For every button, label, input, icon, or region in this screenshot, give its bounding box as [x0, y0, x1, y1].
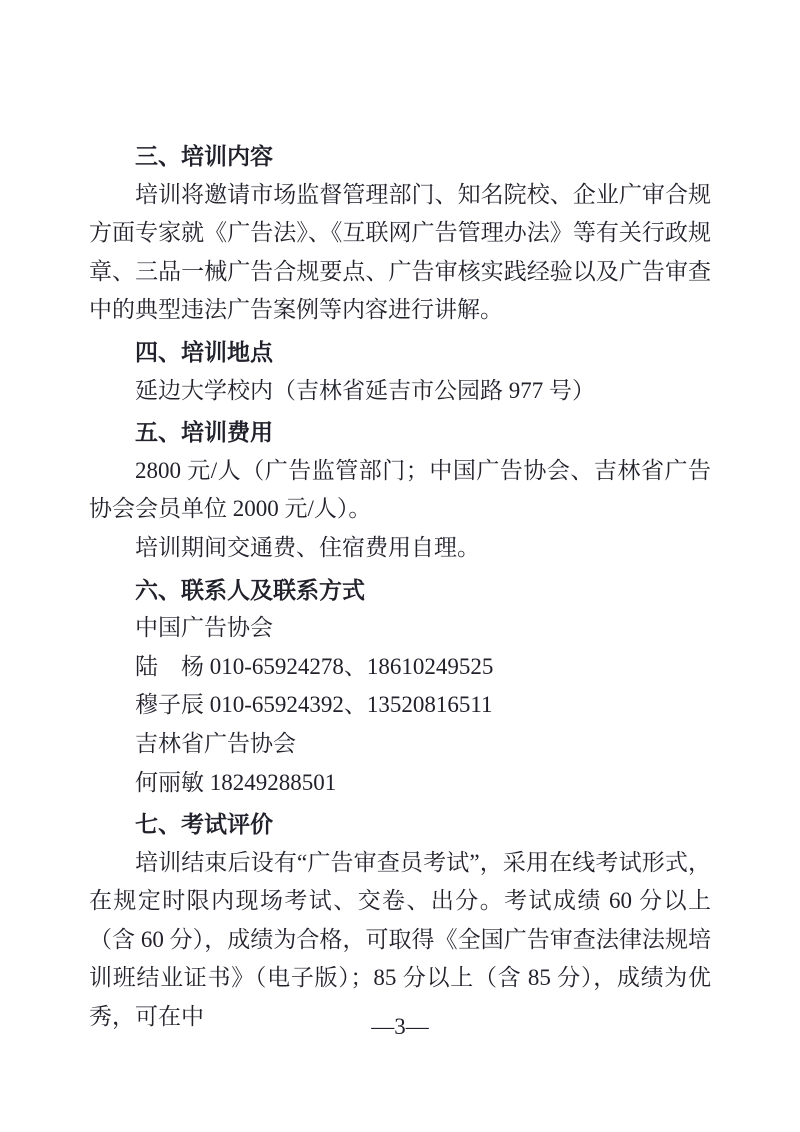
heading-section-7-exam-evaluation: 七、考试评价 [89, 805, 711, 844]
document-page: 三、培训内容培训将邀请市场监督管理部门、知名院校、企业广审合规方面专家就《广告法… [0, 0, 800, 1132]
paragraph-contact-org-jilin-advertising-association: 吉林省广告协会 [89, 725, 711, 764]
heading-section-4-training-location: 四、培训地点 [89, 333, 711, 372]
page-footer: —3— [0, 1008, 800, 1046]
paragraph-contact-lu-yang: 陆 杨 010-65924278、18610249525 [89, 648, 711, 687]
paragraph-contact-he-limin: 何丽敏 18249288501 [89, 764, 711, 803]
paragraph-contact-mu-zichen: 穆子辰 010-65924392、13520816511 [89, 686, 711, 725]
paragraph-expenses-note: 培训期间交通费、住宿费用自理。 [89, 529, 711, 568]
paragraph-training-content: 培训将邀请市场监督管理部门、知名院校、企业广审合规方面专家就《广告法》、《互联网… [89, 176, 711, 330]
paragraph-contact-org-china-advertising-association: 中国广告协会 [89, 609, 711, 648]
paragraph-training-location: 延边大学校内（吉林省延吉市公园路 977 号） [89, 372, 711, 411]
heading-section-6-contacts: 六、联系人及联系方式 [89, 571, 711, 610]
page-number: —3— [371, 1014, 429, 1039]
document-body: 三、培训内容培训将邀请市场监督管理部门、知名院校、企业广审合规方面专家就《广告法… [89, 137, 711, 1037]
paragraph-training-fee: 2800 元/人（广告监管部门；中国广告协会、吉林省广告协会会员单位 2000 … [89, 452, 711, 529]
heading-section-5-training-fee: 五、培训费用 [89, 413, 711, 452]
heading-section-3-training-content: 三、培训内容 [89, 137, 711, 176]
